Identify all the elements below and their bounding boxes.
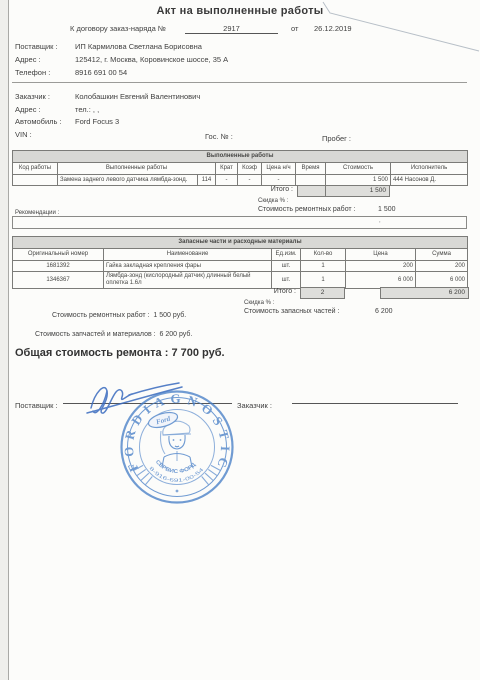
customer-name: Колобашкин Евгений Валентинович [75,92,200,101]
scan-edge-line [8,0,9,680]
supplier-address-label: Адрес : [15,55,41,64]
work-koef: - [238,175,262,186]
summary-parts-value: 6 200 руб. [159,331,192,338]
customer-label: Заказчик : [15,92,50,101]
parts-table-title: Запасные части и расходные материалы [13,237,468,249]
customer-address-label: Адрес : [15,105,41,114]
stamp-ring-text-holder: FORDIAGNOSTIC [121,391,233,474]
parts-table-row: 1681392 Гайка закладная крепления фары ш… [13,261,468,272]
part-price: 6 000 [346,272,416,289]
work-sub-code: 114 [198,175,216,186]
works-col-krat: Крат [216,163,238,175]
part-sum: 6 000 [416,272,468,289]
customer-signature-line [292,403,458,404]
parts-total-sum: 6 200 [380,287,469,299]
parts-col-name: Наименование [104,249,272,261]
part-sum: 200 [416,261,468,272]
summary-parts-label: Стоимость запчастей и материалов : [35,331,156,338]
part-price: 200 [346,261,416,272]
parts-col-sum: Сумма [416,249,468,261]
work-time [296,175,326,186]
contract-label: К договору заказ-наряда № [70,24,166,33]
supplier-phone-label: Телефон : [15,68,50,77]
works-col-cost: Стоимость [326,163,391,175]
works-col-executor: Исполнитель [391,163,468,175]
from-label: от [291,24,298,33]
summary-works-value: 1 500 руб. [153,312,186,319]
car-label: Автомобиль : [15,117,62,126]
mileage-label: Пробег : [322,134,351,143]
summary-works-label: Стоимость ремонтных работ : [52,312,150,319]
section-divider [12,82,467,83]
works-col-koef: Коэф [238,163,262,175]
part-unit: шт. [272,272,301,289]
part-number: 1346367 [13,272,104,289]
vin-label: VIN : [15,130,32,139]
parts-cost-label: Стоимость запасных частей : [244,308,339,315]
customer-address: тел.: , , [75,105,99,114]
parts-table: Запасные части и расходные материалы Ори… [12,236,468,289]
contract-number: 2917 [185,24,278,34]
stamp-ring-text: FORDIAGNOSTIC [121,391,233,474]
parts-col-price: Цена [346,249,416,261]
works-cost-label: Стоимость ремонтных работ : [258,206,356,213]
works-total-label: Итого : [271,186,293,193]
works-cost-value: 1 500 [378,206,396,213]
company-stamp: FORDIAGNOSTIC [118,388,236,506]
footer-supplier-label: Поставщик : [15,401,58,410]
summary-total-value: 7 700 руб. [171,347,224,359]
parts-discount-label: Скидка % : [244,300,274,306]
summary-total-line: Общая стоимость ремонта : 7 700 руб. [15,347,225,359]
part-qty: 1 [301,272,346,289]
contract-date: 26.12.2019 [314,24,352,33]
supplier-address: 125412, г. Москва, Коровинское шоссе, 35… [75,55,228,64]
works-total-time-cell [297,185,326,197]
part-qty: 1 [301,261,346,272]
part-name: Лямбда-зонд (кислородный датчик) длинный… [104,272,272,289]
footer-customer-label: Заказчик : [237,401,272,410]
car-value: Ford Focus 3 [75,117,119,126]
works-col-time: Время [296,163,326,175]
works-table-title: Выполненные работы [13,151,468,163]
recommendations-mark: , [379,218,381,224]
part-name: Гайка закладная крепления фары [104,261,272,272]
work-price: - [262,175,296,186]
works-table-row: Замена заднего левого датчика лямбда-зон… [13,175,468,186]
summary-total-label: Общая стоимость ремонта : [15,347,168,359]
document-title: Акт на выполненные работы [0,5,480,17]
parts-total-qty: 2 [300,287,345,299]
recommendations-box: , [12,216,467,229]
parts-cost-value: 6 200 [375,308,393,315]
summary-parts-line: Стоимость запчастей и материалов : 6 200… [35,331,192,338]
scan-margin [0,0,8,680]
works-col-price: Цена н/ч [262,163,296,175]
part-number: 1681392 [13,261,104,272]
works-col-name: Выполненные работы [58,163,216,175]
part-unit: шт. [272,261,301,272]
works-table: Выполненные работы Код работы Выполненны… [12,150,468,186]
works-col-code: Код работы [13,163,58,175]
plate-label: Гос. № : [205,132,233,141]
works-discount-label: Скидка % : [258,198,288,204]
document-page: Акт на выполненные работы К договору зак… [0,0,480,680]
work-code [13,175,58,186]
parts-col-qty: Кол-во [301,249,346,261]
parts-table-row: 1346367 Лямбда-зонд (кислородный датчик)… [13,272,468,289]
work-executor: 444 Насонов Д. [391,175,468,186]
supplier-phone: 8916 691 00 54 [75,68,127,77]
summary-works-line: Стоимость ремонтных работ : 1 500 руб. [52,312,186,319]
works-total-value: 1 500 [325,185,390,197]
parts-col-number: Оригинальный номер [13,249,104,261]
work-cost: 1 500 [326,175,391,186]
work-name: Замена заднего левого датчика лямбда-зон… [58,175,198,186]
parts-col-unit: Ед.изм. [272,249,301,261]
supplier-name: ИП Кармилова Светлана Борисовна [75,42,202,51]
parts-total-label: Итого : [274,288,296,295]
work-krat: - [216,175,238,186]
supplier-label: Поставщик : [15,42,58,51]
